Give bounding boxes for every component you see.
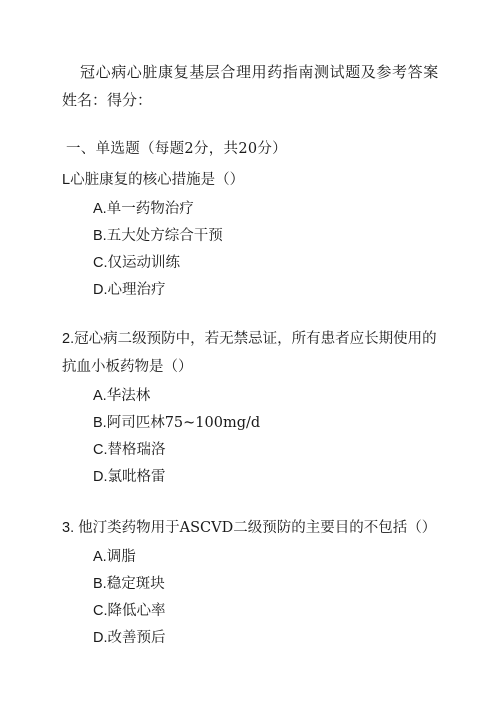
option-text: 阿司匹林75~100mg/d bbox=[107, 415, 260, 431]
option-text: 心理治疗 bbox=[108, 282, 166, 298]
question-1-option-a: A.单一药物治疗 bbox=[93, 199, 194, 219]
option-text: 调脂 bbox=[107, 549, 136, 565]
option-letter: B. bbox=[93, 576, 107, 592]
question-3-option-c: C.降低心率 bbox=[93, 601, 166, 621]
option-letter: D. bbox=[93, 469, 108, 485]
question-3-option-b: B.稳定斑块 bbox=[93, 574, 165, 594]
option-letter: A. bbox=[93, 549, 107, 565]
section-heading: 一、单选题（每题2分，共20分） bbox=[66, 139, 287, 159]
option-text: 单一药物治疗 bbox=[107, 201, 194, 217]
question-3-option-a: A.调脂 bbox=[93, 547, 136, 567]
question-2-option-b: B.阿司匹林75~100mg/d bbox=[93, 413, 260, 433]
question-2-option-a: A.华法林 bbox=[93, 386, 150, 406]
option-letter: C. bbox=[93, 442, 108, 458]
question-3-stem: 3. 他汀类药物用于ASCVD二级预防的主要目的不包括（） bbox=[62, 518, 436, 538]
question-2-stem-line-2: 抗血小板药物是（） bbox=[62, 357, 193, 377]
option-letter: A. bbox=[93, 201, 107, 217]
option-letter: A. bbox=[93, 388, 107, 404]
question-1-option-c: C.仅运动训练 bbox=[93, 253, 180, 273]
option-text: 降低心率 bbox=[108, 603, 166, 619]
option-letter: B. bbox=[93, 228, 107, 244]
option-text: 改善预后 bbox=[108, 630, 166, 646]
option-letter: C. bbox=[93, 603, 108, 619]
option-text: 氯吡格雷 bbox=[108, 469, 166, 485]
document-title: 冠心病心脏康复基层合理用药指南测试题及参考答案 bbox=[80, 62, 439, 82]
option-letter: D. bbox=[93, 282, 108, 298]
question-text: 心脏康复的核心措施是（） bbox=[70, 172, 244, 188]
name-score-line: 姓名：得分： bbox=[62, 90, 152, 110]
question-1-stem: L心脏康复的核心措施是（） bbox=[62, 170, 244, 190]
question-1-option-d: D.心理治疗 bbox=[93, 280, 166, 300]
option-text: 仅运动训练 bbox=[108, 255, 181, 271]
option-letter: D. bbox=[93, 630, 108, 646]
question-number: L bbox=[62, 172, 70, 188]
option-text: 稳定斑块 bbox=[107, 576, 165, 592]
question-text: 冠心病二级预防中，若无禁忌证，所有患者应长期使用的 bbox=[74, 331, 437, 347]
question-text: 他汀类药物用于ASCVD二级预防的主要目的不包括（） bbox=[78, 520, 436, 536]
question-3-option-d: D.改善预后 bbox=[93, 628, 166, 648]
option-text: 替格瑞洛 bbox=[108, 442, 166, 458]
question-2-option-d: D.氯吡格雷 bbox=[93, 467, 166, 487]
option-text: 五大处方综合干预 bbox=[107, 228, 223, 244]
question-2-stem-line-1: 2.冠心病二级预防中，若无禁忌证，所有患者应长期使用的 bbox=[62, 329, 437, 349]
option-letter: C. bbox=[93, 255, 108, 271]
question-1-option-b: B.五大处方综合干预 bbox=[93, 226, 223, 246]
question-number: 3. bbox=[62, 520, 78, 536]
option-text: 华法林 bbox=[107, 388, 151, 404]
question-2-option-c: C.替格瑞洛 bbox=[93, 440, 166, 460]
question-number: 2. bbox=[62, 331, 74, 347]
option-letter: B. bbox=[93, 415, 107, 431]
